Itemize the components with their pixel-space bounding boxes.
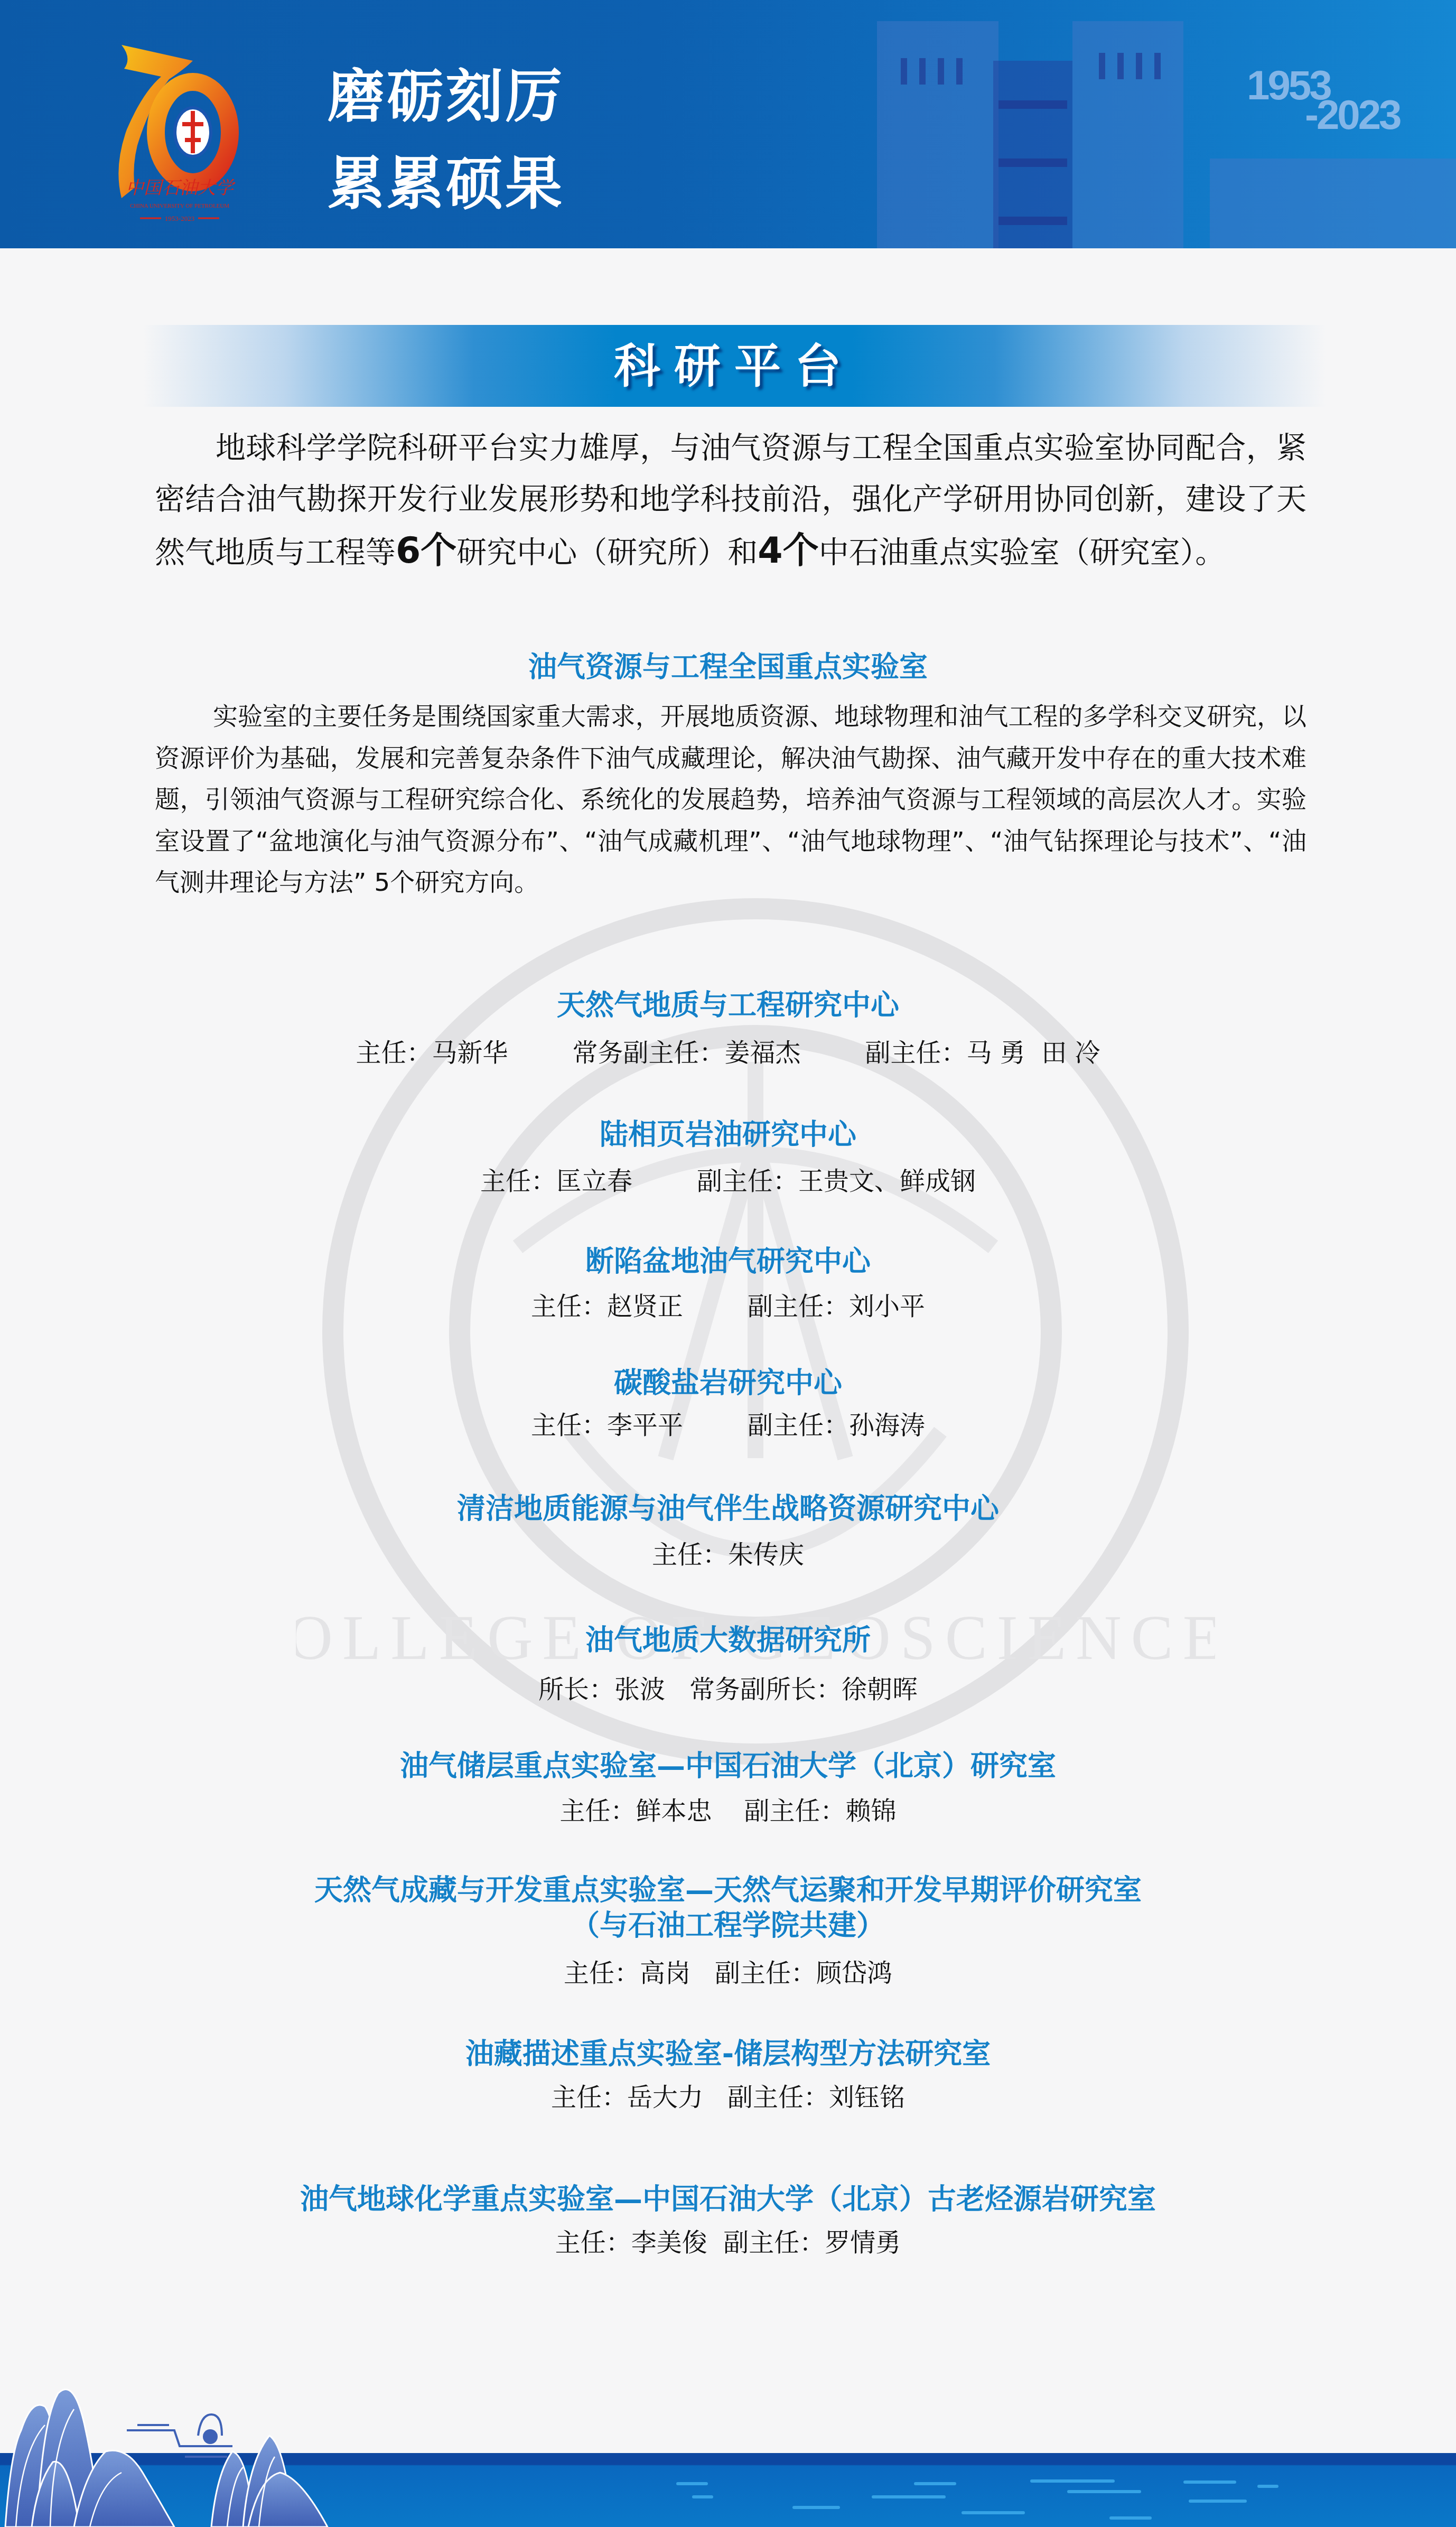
intro-text-2: 研究中心（研究所）和 <box>456 535 758 570</box>
unit-title: 油气储层重点实验室—中国石油大学（北京）研究室 <box>0 1749 1456 1784</box>
unit-people: 主任：高岗 副主任：顾岱鸿 <box>0 1957 1456 1989</box>
window <box>938 58 944 85</box>
national-lab-title: 油气资源与工程全国重点实验室 <box>0 650 1456 685</box>
window <box>1117 53 1124 79</box>
window <box>1154 53 1161 79</box>
window <box>956 58 963 85</box>
unit-people: 主任：赵贤正 副主任：刘小平 <box>0 1291 1456 1322</box>
svg-text:CHINA UNIVERSITY OF PETROLEUM: CHINA UNIVERSITY OF PETROLEUM <box>130 203 229 209</box>
intro-count-labs: 4个 <box>758 530 818 572</box>
intro-paragraph: 地球科学学院科研平台实力雄厚，与油气资源与工程全国重点实验室协同配合，紧密结合油… <box>155 423 1306 579</box>
window <box>1099 53 1105 79</box>
section-title-band: 科研平台 <box>143 325 1326 407</box>
building-silhouette <box>1072 21 1183 248</box>
national-lab-description: 实验室的主要任务是围绕国家重大需求，开展地质资源、地球物理和油气工程的多学科交叉… <box>155 696 1306 904</box>
unit-title-line-2: （与石油工程学院共建） <box>0 1908 1456 1943</box>
intro-text-3: 中石油重点实验室（研究室）。 <box>819 535 1226 570</box>
window <box>998 158 1067 167</box>
mountains-decoration-icon <box>0 2367 507 2527</box>
unit-title: 油气地球化学重点实验室—中国石油大学（北京）古老烃源岩研究室 <box>0 2182 1456 2217</box>
slogan-line-1: 磨砺刻厉 <box>328 69 564 126</box>
building-silhouette <box>877 21 998 248</box>
year-end: -2023 <box>1305 94 1400 135</box>
unit-people: 主任：岳大力 副主任：刘钰铭 <box>0 2082 1456 2113</box>
unit-title: 天然气地质与工程研究中心 <box>0 988 1456 1023</box>
slogan-line-2: 累累硕果 <box>328 156 564 213</box>
svg-text:1953-2023: 1953-2023 <box>165 215 194 222</box>
window <box>901 58 907 85</box>
unit-title: 油藏描述重点实验室-储层构型方法研究室 <box>0 2037 1456 2072</box>
anniversary-70-logo-icon: 中国石油大学 CHINA UNIVERSITY OF PETROLEUM 195… <box>106 40 296 230</box>
unit-title: 清洁地质能源与油气伴生战略资源研究中心 <box>0 1491 1456 1526</box>
building-silhouette <box>1210 158 1456 248</box>
unit-people: 所长：张波 常务副所长：徐朝晖 <box>0 1674 1456 1705</box>
unit-title: 天然气成藏与开发重点实验室—天然气运聚和开发早期评价研究室 <box>0 1873 1456 1908</box>
unit-people: 主任：马新华 常务副主任：姜福杰 副主任：马 勇 田 冷 <box>0 1037 1456 1069</box>
unit-title: 碳酸盐岩研究中心 <box>0 1366 1456 1401</box>
header-banner: 1953 -2023 中国石油大学 CHINA UNIVERSITY OF PE… <box>0 0 1456 248</box>
window <box>998 217 1067 225</box>
section-title: 科研平台 <box>143 325 1326 407</box>
window <box>919 58 926 85</box>
unit-people: 主任：朱传庆 <box>0 1539 1456 1571</box>
window <box>1136 53 1142 79</box>
unit-people: 主任：李美俊 副主任：罗情勇 <box>0 2227 1456 2259</box>
unit-title: 断陷盆地油气研究中心 <box>0 1244 1456 1279</box>
unit-title: 油气地质大数据研究所 <box>0 1623 1456 1658</box>
unit-people: 主任：鲜本忠 副主任：赖锦 <box>0 1795 1456 1827</box>
intro-count-centers: 6个 <box>396 530 456 572</box>
unit-people: 主任：匡立春 副主任：王贵文、鲜成钢 <box>0 1165 1456 1197</box>
unit-people: 主任：李平平 副主任：孙海涛 <box>0 1410 1456 1441</box>
logo-university-cn: 中国石油大学 <box>126 178 236 199</box>
unit-title: 陆相页岩油研究中心 <box>0 1117 1456 1152</box>
window <box>998 100 1067 109</box>
